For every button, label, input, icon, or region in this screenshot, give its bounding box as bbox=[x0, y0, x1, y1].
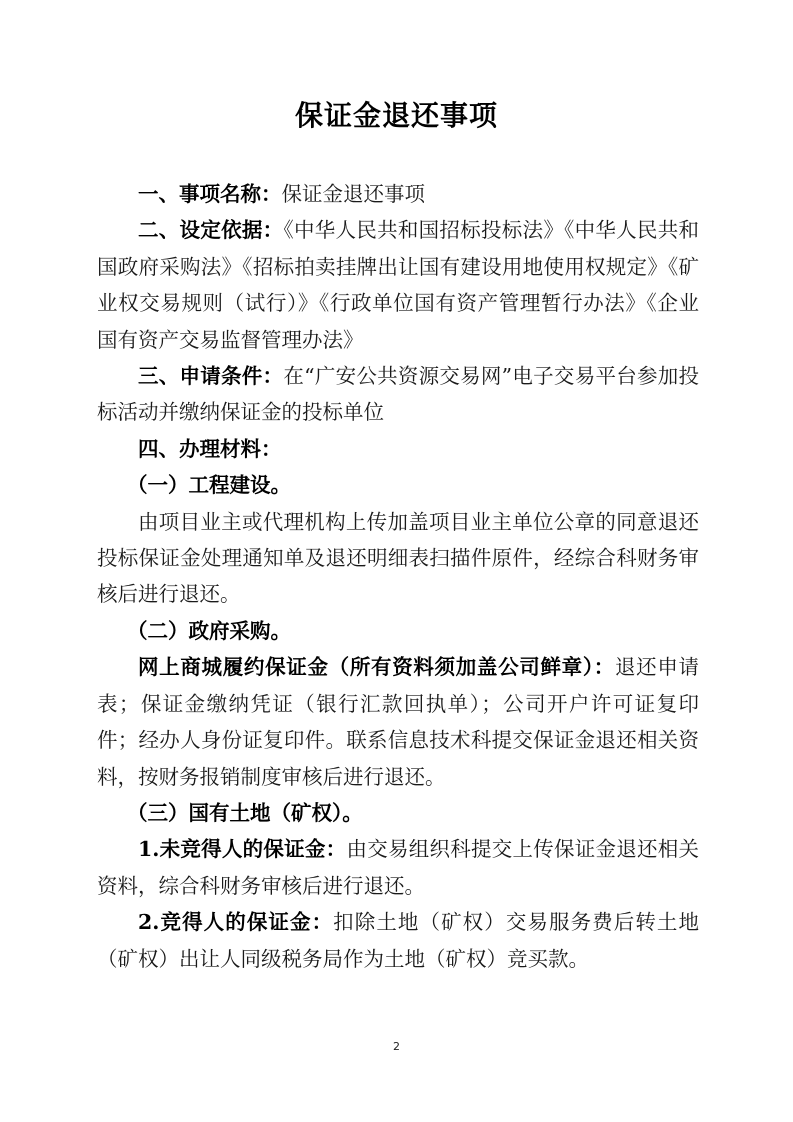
document-body: 一、事项名称：保证金退还事项 二、设定依据：《中华人民共和国招标投标法》《中华人… bbox=[97, 176, 699, 977]
subsection-land-heading: （三）国有土地（矿权）。 bbox=[97, 795, 699, 831]
section-label: 三、申请条件： bbox=[138, 364, 283, 388]
subsection-procurement-text: 网上商城履约保证金（所有资料须加盖公司鲜章）：退还申请表；保证金缴纳凭证（银行汇… bbox=[97, 649, 699, 795]
subsection-engineering-text: 由项目业主或代理机构上传加盖项目业主单位公章的同意退还投标保证金处理通知单及退还… bbox=[97, 504, 699, 613]
section-text: 保证金退还事项 bbox=[282, 182, 426, 206]
land-item-1: 1.未竞得人的保证金：由交易组织科提交上传保证金退还相关资料，综合科财务审核后进… bbox=[97, 831, 699, 904]
section-label: 二、设定依据： bbox=[138, 218, 283, 242]
section-label: 一、事项名称： bbox=[138, 182, 282, 206]
subsection-procurement-heading: （二）政府采购。 bbox=[97, 613, 699, 649]
page-number: 2 bbox=[0, 1040, 793, 1053]
land-item-lead: 1.未竞得人的保证金： bbox=[138, 837, 346, 861]
document-title: 保证金退还事项 bbox=[0, 96, 793, 136]
document-page: 保证金退还事项 一、事项名称：保证金退还事项 二、设定依据：《中华人民共和国招标… bbox=[0, 0, 793, 1122]
section-conditions: 三、申请条件：在“广安公共资源交易网”电子交易平台参加投标活动并缴纳保证金的投标… bbox=[97, 358, 699, 431]
land-item-2: 2.竞得人的保证金：扣除土地（矿权）交易服务费后转土地（矿权）出让人同级税务局作… bbox=[97, 904, 699, 977]
procurement-lead: 网上商城履约保证金（所有资料须加盖公司鲜章）： bbox=[138, 655, 615, 679]
land-item-lead: 2.竞得人的保证金： bbox=[138, 910, 333, 934]
section-materials: 四、办理材料： bbox=[97, 431, 699, 467]
section-item-name: 一、事项名称：保证金退还事项 bbox=[97, 176, 699, 212]
section-label: 四、办理材料： bbox=[138, 437, 282, 461]
subsection-engineering-heading: （一）工程建设。 bbox=[97, 467, 699, 503]
section-basis: 二、设定依据：《中华人民共和国招标投标法》《中华人民共和国政府采购法》《招标拍卖… bbox=[97, 212, 699, 358]
